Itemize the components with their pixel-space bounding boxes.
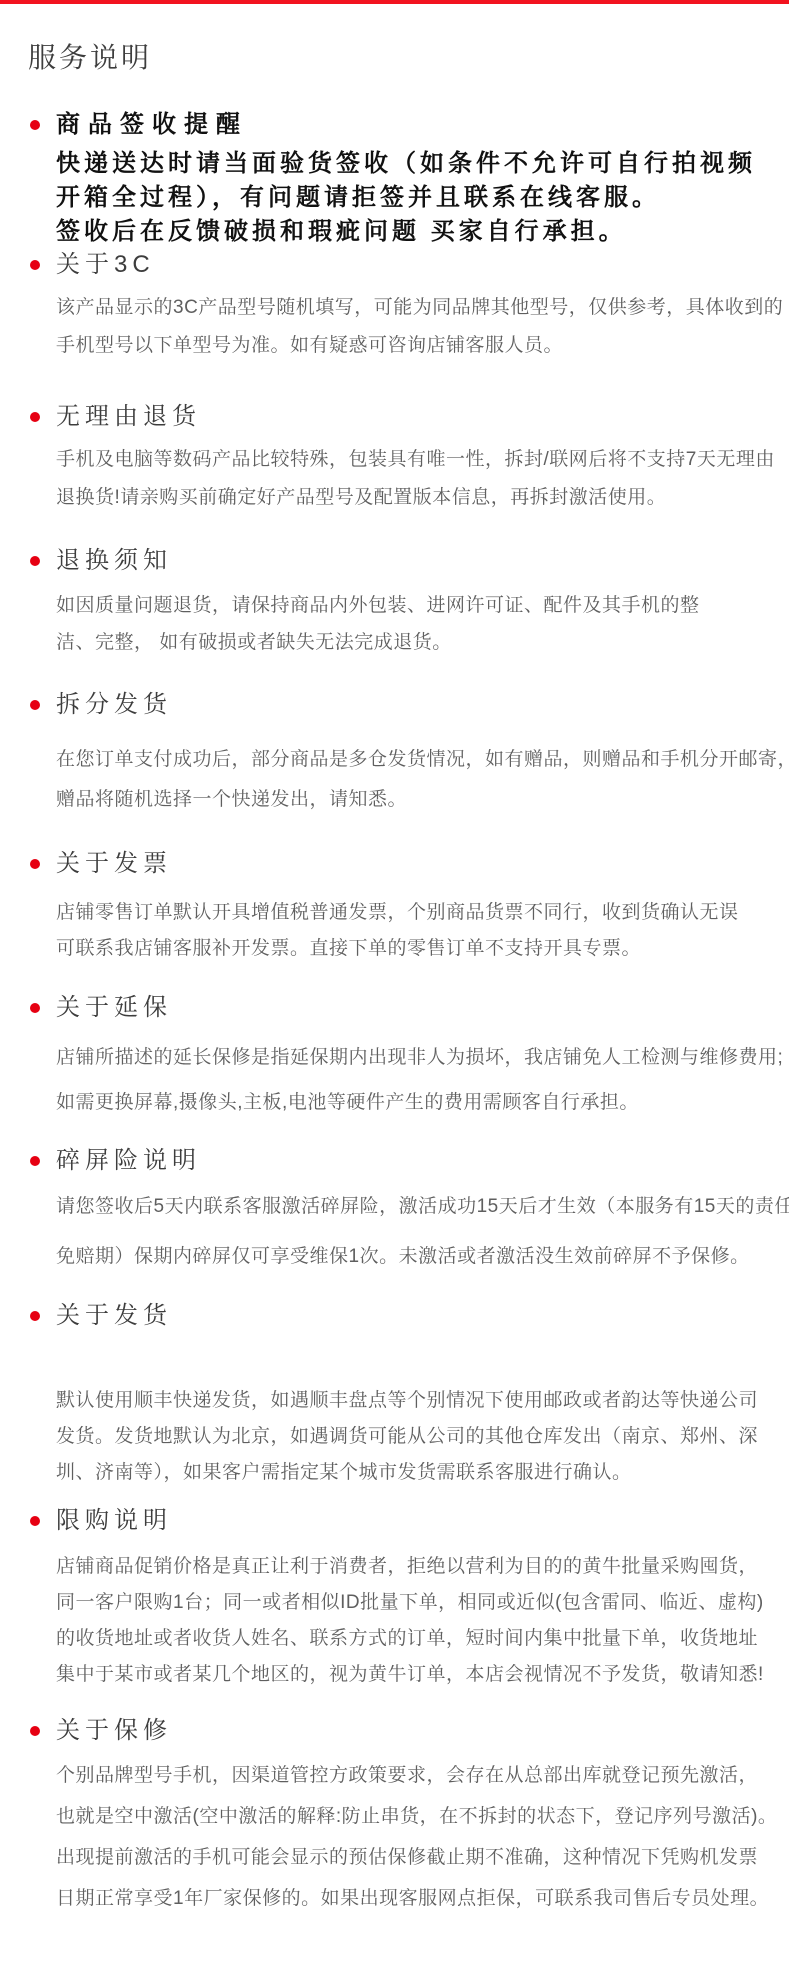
section-screen-insurance: 碎屏险说明 请您签收后5天内联系客服激活碎屏险，激活成功15天后才生效（本服务有… <box>0 1145 789 1282</box>
section-title: 限购说明 <box>56 1505 172 1537</box>
section-heading: 关于发票 <box>0 848 789 880</box>
body-line: 也就是空中激活(空中激活的解释:防止串货，在不拆封的状态下，登记序列号激活)。 <box>56 1796 761 1837</box>
section-title: 关于3C <box>56 249 155 281</box>
body-line: 店铺零售订单默认开具增值税普通发票，个别商品货票不同行，收到货确认无误 <box>56 895 761 931</box>
page-title: 服务说明 <box>28 40 789 76</box>
section-heading: 碎屏险说明 <box>0 1145 789 1177</box>
section-title: 拆分发货 <box>56 689 172 721</box>
body-line: 个别品牌型号手机，因渠道管控方政策要求，会存在从总部出库就登记预先激活， <box>56 1755 761 1796</box>
top-red-bar <box>0 0 789 4</box>
body-line: 签收后在反馈破损和瑕疵问题 买家自行承担。 <box>56 215 761 249</box>
section-heading: 关于发货 <box>0 1300 789 1332</box>
section-body: 店铺商品促销价格是真正让利于消费者，拒绝以营利为目的的黄牛批量采购囤货， 同一客… <box>56 1549 761 1693</box>
bullet-icon <box>30 556 40 566</box>
body-line: 店铺商品促销价格是真正让利于消费者，拒绝以营利为目的的黄牛批量采购囤货， <box>56 1549 761 1585</box>
section-body: 店铺零售订单默认开具增值税普通发票，个别商品货票不同行，收到货确认无误 可联系我… <box>56 895 761 967</box>
body-line: 开箱全过程），有问题请拒签并且联系在线客服。 <box>56 181 761 215</box>
body-line: 发货。发货地默认为北京，如遇调货可能从公司的其他仓库发出（南京、郑州、深 <box>56 1419 761 1455</box>
bullet-icon <box>30 700 40 710</box>
section-body: 手机及电脑等数码产品比较特殊，包装具有唯一性，拆封/联网后将不支持7天无理由 退… <box>56 441 761 517</box>
body-line: 该产品显示的3C产品型号随机填写，可能为同品牌其他型号，仅供参考，具体收到的 <box>56 289 761 327</box>
body-line: 的收货地址或者收货人姓名、联系方式的订单，短时间内集中批量下单，收货地址 <box>56 1621 761 1657</box>
bullet-icon <box>30 1311 40 1321</box>
section-body: 该产品显示的3C产品型号随机填写，可能为同品牌其他型号，仅供参考，具体收到的 手… <box>56 289 761 365</box>
section-title: 关于保修 <box>56 1715 172 1747</box>
body-line: 手机型号以下单型号为准。如有疑惑可咨询店铺客服人员。 <box>56 327 761 365</box>
section-about-3c: 关于3C 该产品显示的3C产品型号随机填写，可能为同品牌其他型号，仅供参考，具体… <box>0 249 789 365</box>
body-line: 默认使用顺丰快递发货，如遇顺丰盘点等个别情况下使用邮政或者韵达等快递公司 <box>56 1383 761 1419</box>
body-line: 免赔期）保期内碎屏仅可享受维保1次。未激活或者激活没生效前碎屏不予保修。 <box>56 1232 761 1282</box>
section-return-notice: 退换须知 如因质量问题退货，请保持商品内外包装、进网许可证、配件及其手机的整 洁… <box>0 545 789 661</box>
body-line: 圳、济南等），如果客户需指定某个城市发货需联系客服进行确认。 <box>56 1455 761 1491</box>
section-title: 关于发货 <box>56 1300 172 1332</box>
body-line: 赠品将随机选择一个快递发出，请知悉。 <box>56 780 761 820</box>
bullet-icon <box>30 412 40 422</box>
bullet-icon <box>30 859 40 869</box>
section-heading: 商品签收提醒 <box>0 109 789 141</box>
section-no-reason-return: 无理由退货 手机及电脑等数码产品比较特殊，包装具有唯一性，拆封/联网后将不支持7… <box>0 401 789 517</box>
section-heading: 拆分发货 <box>0 689 789 721</box>
body-line: 店铺所描述的延长保修是指延保期内出现非人为损坏，我店铺免人工检测与维修费用; <box>56 1035 761 1080</box>
section-body: 快递送达时请当面验货签收（如条件不允许可自行拍视频 开箱全过程），有问题请拒签并… <box>56 147 761 249</box>
section-heading: 退换须知 <box>0 545 789 577</box>
section-title: 碎屏险说明 <box>56 1145 201 1177</box>
body-line: 洁、完整， 如有破损或者缺失无法完成退货。 <box>56 624 761 661</box>
section-receipt-reminder: 商品签收提醒 快递送达时请当面验货签收（如条件不允许可自行拍视频 开箱全过程），… <box>0 109 789 249</box>
section-body: 店铺所描述的延长保修是指延保期内出现非人为损坏，我店铺免人工检测与维修费用; 如… <box>56 1035 761 1125</box>
section-heading: 关于延保 <box>0 992 789 1024</box>
section-title: 商品签收提醒 <box>56 109 248 141</box>
body-line: 在您订单支付成功后，部分商品是多仓发货情况，如有赠品，则赠品和手机分开邮寄， <box>56 740 761 780</box>
section-heading: 限购说明 <box>0 1505 789 1537</box>
section-body: 个别品牌型号手机，因渠道管控方政策要求，会存在从总部出库就登记预先激活， 也就是… <box>56 1755 761 1919</box>
body-line: 手机及电脑等数码产品比较特殊，包装具有唯一性，拆封/联网后将不支持7天无理由 <box>56 441 761 479</box>
section-body: 在您订单支付成功后，部分商品是多仓发货情况，如有赠品，则赠品和手机分开邮寄， 赠… <box>56 740 761 820</box>
section-title: 无理由退货 <box>56 401 201 433</box>
section-body: 如因质量问题退货，请保持商品内外包装、进网许可证、配件及其手机的整 洁、完整， … <box>56 587 761 661</box>
body-line: 出现提前激活的手机可能会显示的预估保修截止期不准确，这种情况下凭购机发票 <box>56 1837 761 1878</box>
body-line: 如需更换屏幕,摄像头,主板,电池等硬件产生的费用需顾客自行承担。 <box>56 1080 761 1125</box>
bullet-icon <box>30 260 40 270</box>
bullet-icon <box>30 1516 40 1526</box>
body-line: 集中于某市或者某几个地区的，视为黄牛订单，本店会视情况不予发货，敬请知悉! <box>56 1657 761 1693</box>
section-body: 请您签收后5天内联系客服激活碎屏险，激活成功15天后才生效（本服务有15天的责任… <box>56 1182 761 1282</box>
body-line: 如因质量问题退货，请保持商品内外包装、进网许可证、配件及其手机的整 <box>56 587 761 624</box>
body-line: 快递送达时请当面验货签收（如条件不允许可自行拍视频 <box>56 147 761 181</box>
section-title: 退换须知 <box>56 545 172 577</box>
bullet-icon <box>30 1156 40 1166</box>
section-extended-warranty: 关于延保 店铺所描述的延长保修是指延保期内出现非人为损坏，我店铺免人工检测与维修… <box>0 992 789 1125</box>
section-purchase-limit: 限购说明 店铺商品促销价格是真正让利于消费者，拒绝以营利为目的的黄牛批量采购囤货… <box>0 1505 789 1693</box>
section-heading: 无理由退货 <box>0 401 789 433</box>
section-warranty: 关于保修 个别品牌型号手机，因渠道管控方政策要求，会存在从总部出库就登记预先激活… <box>0 1715 789 1919</box>
section-title: 关于延保 <box>56 992 172 1024</box>
bullet-icon <box>30 1726 40 1736</box>
bullet-icon <box>30 120 40 130</box>
section-split-shipping: 拆分发货 在您订单支付成功后，部分商品是多仓发货情况，如有赠品，则赠品和手机分开… <box>0 689 789 820</box>
section-invoice: 关于发票 店铺零售订单默认开具增值税普通发票，个别商品货票不同行，收到货确认无误… <box>0 848 789 967</box>
body-line: 退换货!请亲购买前确定好产品型号及配置版本信息，再拆封激活使用。 <box>56 479 761 517</box>
section-shipping: 关于发货 默认使用顺丰快递发货，如遇顺丰盘点等个别情况下使用邮政或者韵达等快递公… <box>0 1300 789 1491</box>
body-line: 可联系我店铺客服补开发票。直接下单的零售订单不支持开具专票。 <box>56 931 761 967</box>
body-line: 同一客户限购1台；同一或者相似ID批量下单，相同或近似(包含雷同、临近、虚构) <box>56 1585 761 1621</box>
section-body: 默认使用顺丰快递发货，如遇顺丰盘点等个别情况下使用邮政或者韵达等快递公司 发货。… <box>56 1383 761 1491</box>
section-title: 关于发票 <box>56 848 172 880</box>
bullet-icon <box>30 1003 40 1013</box>
section-heading: 关于保修 <box>0 1715 789 1747</box>
body-line: 日期正常享受1年厂家保修的。如果出现客服网点拒保，可联系我司售后专员处理。 <box>56 1878 761 1919</box>
section-heading: 关于3C <box>0 249 789 281</box>
body-line: 请您签收后5天内联系客服激活碎屏险，激活成功15天后才生效（本服务有15天的责任 <box>56 1182 761 1232</box>
